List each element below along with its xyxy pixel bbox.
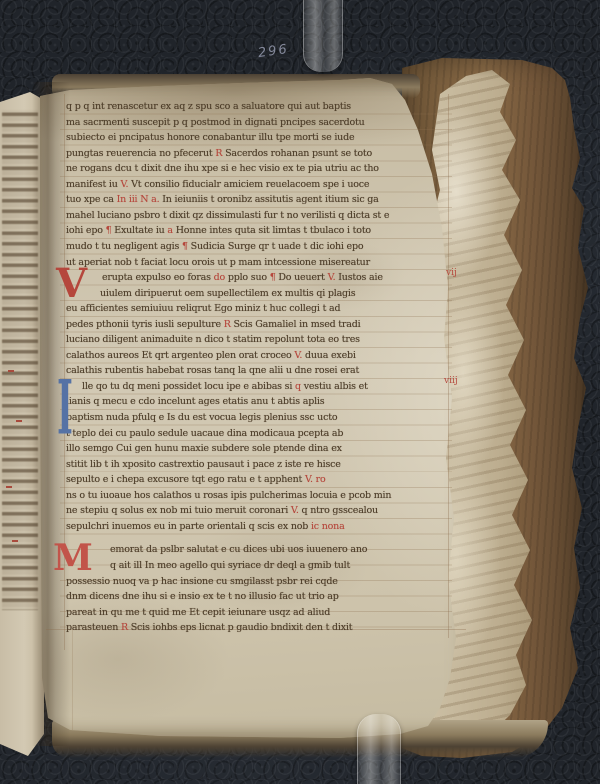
gutter-shadow	[32, 82, 70, 746]
facing-page-rubric-mark	[6, 486, 12, 488]
manuscript-page	[40, 78, 472, 738]
bottom-holding-strap	[357, 714, 401, 784]
manuscript-photo: q p q int renascetur ex aq z spu sco a s…	[0, 0, 600, 784]
facing-page-rubric-mark	[12, 540, 18, 542]
folio-number: 296	[257, 42, 290, 61]
facing-page-rubric-mark	[8, 370, 14, 372]
facing-page-rubric-mark	[16, 420, 22, 422]
top-holding-strap	[303, 0, 343, 72]
